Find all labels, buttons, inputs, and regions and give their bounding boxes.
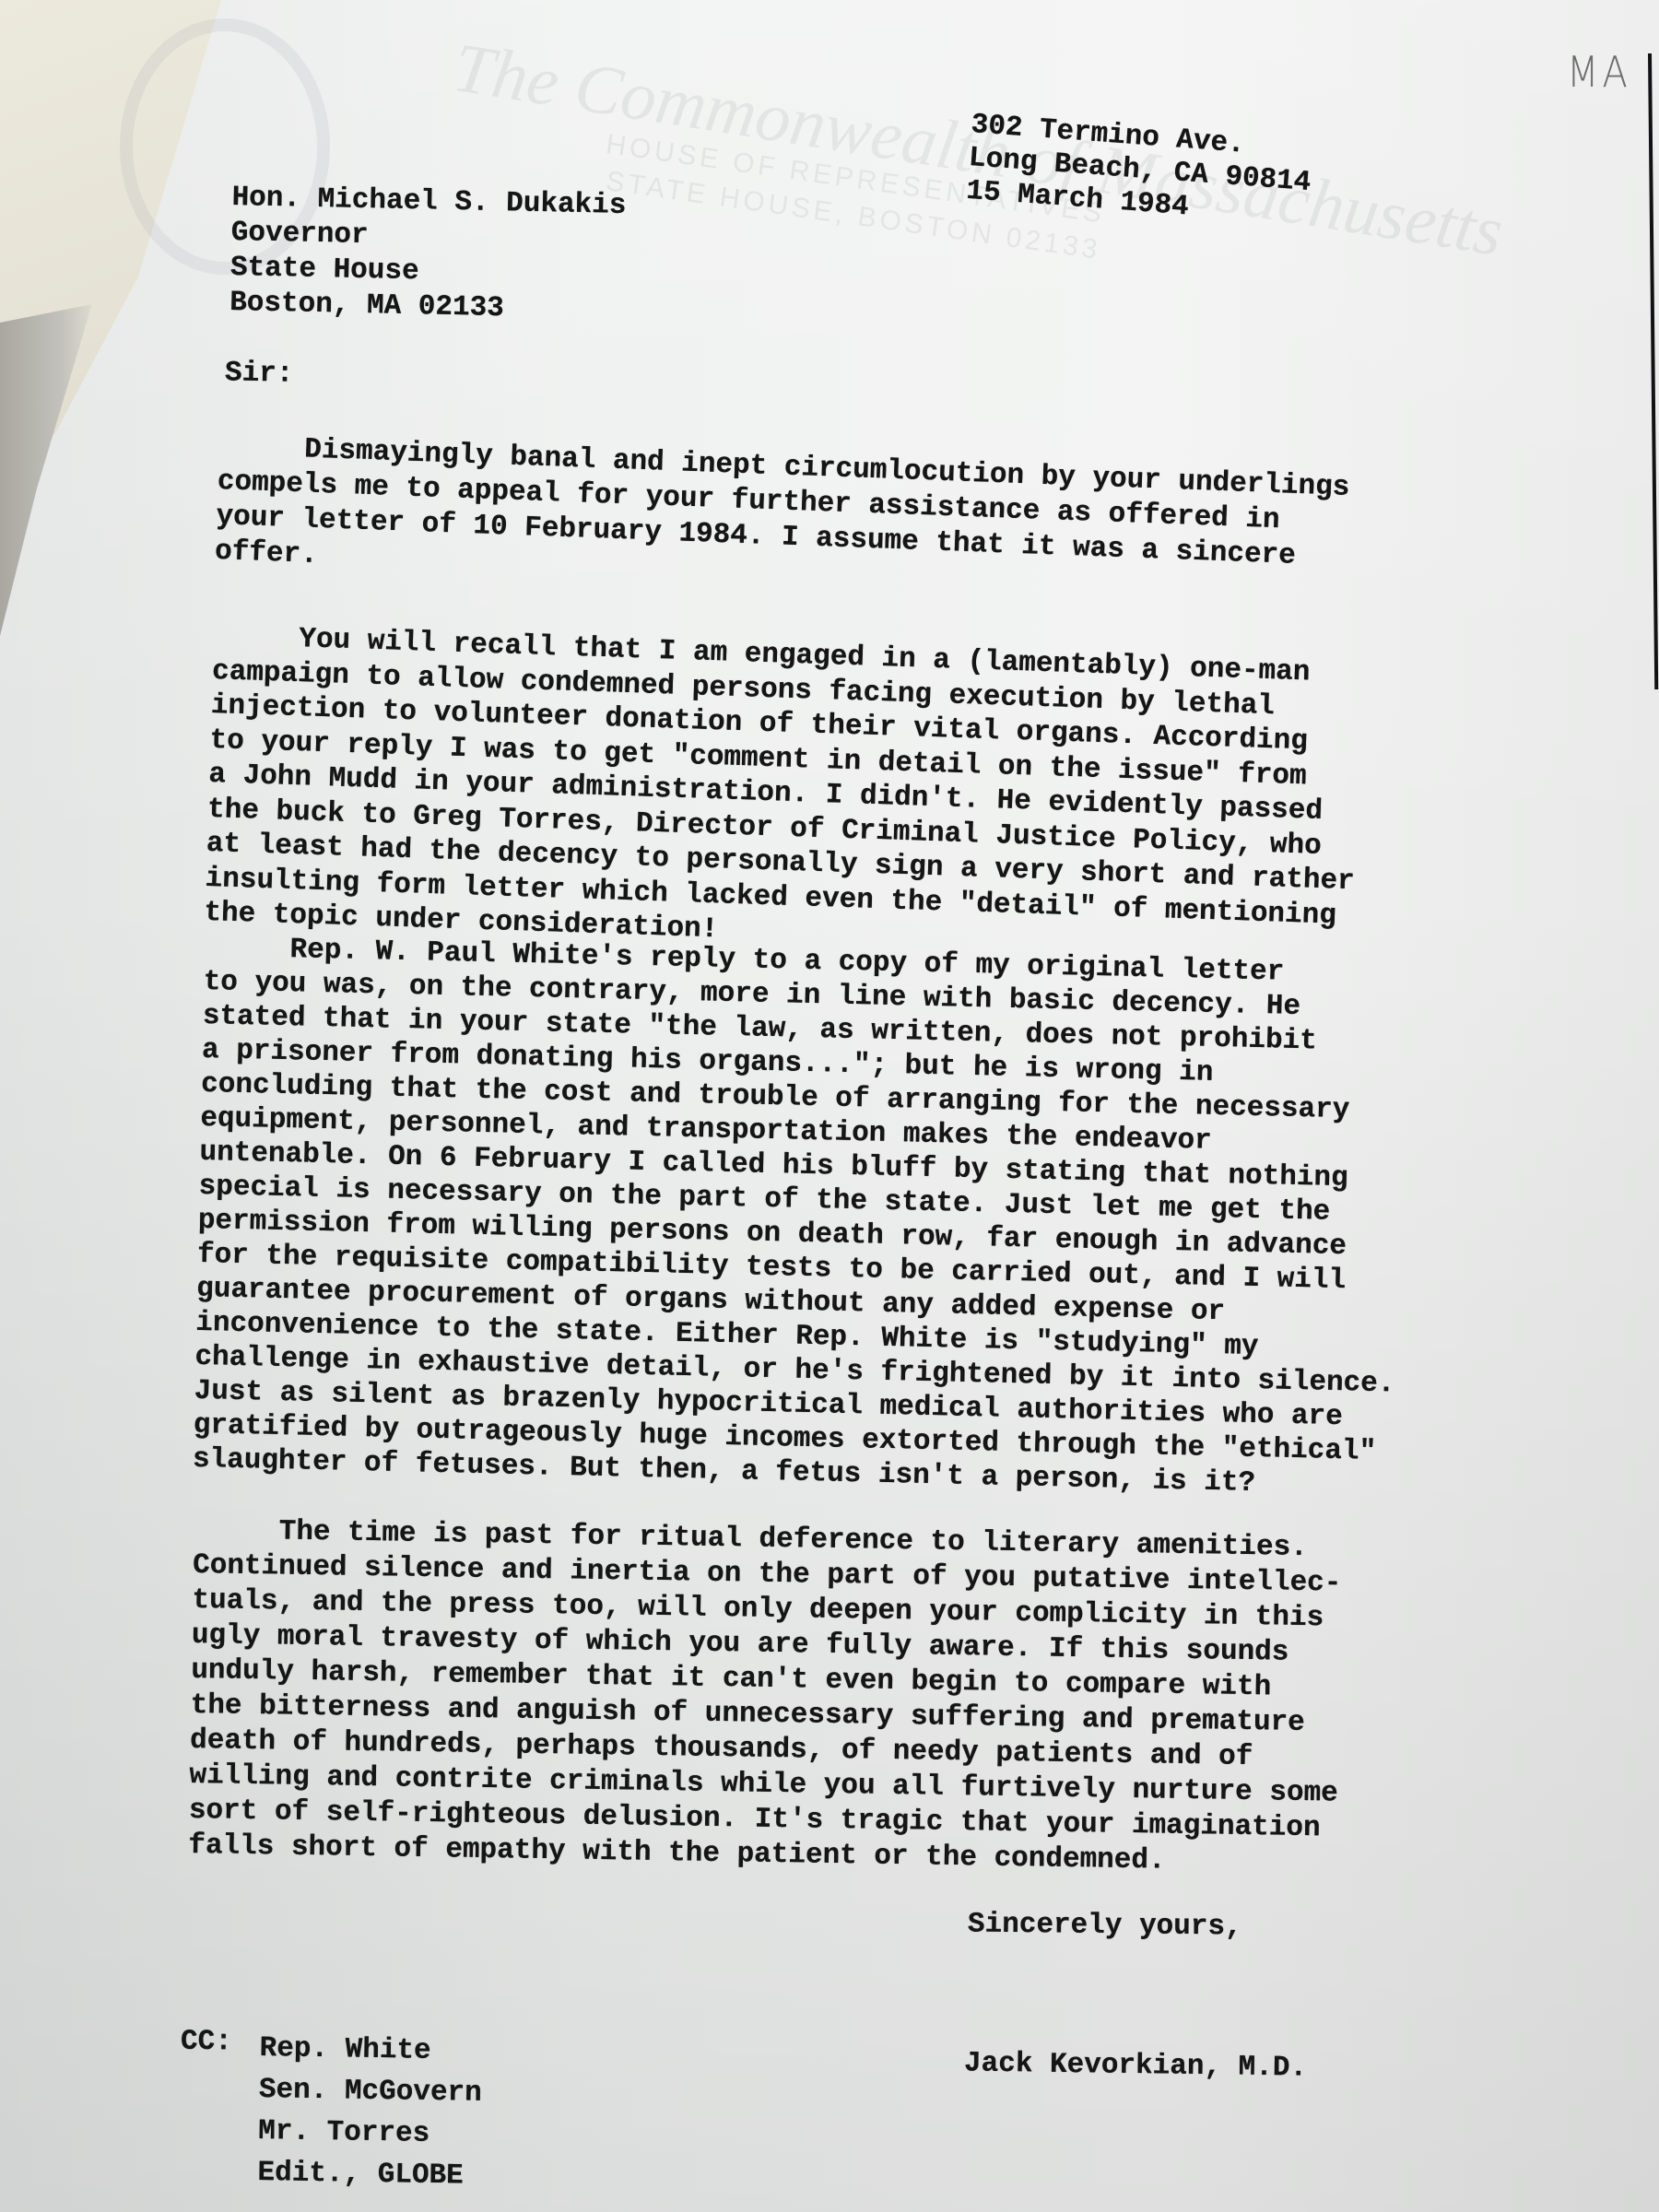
cc-label: CC: (181, 2028, 232, 2057)
recipient-address: Hon. Michael S. DukakisGovernorState Hou… (229, 181, 627, 329)
cc-recipient: Rep. White (259, 2028, 483, 2073)
paragraph-4: The time is past for ritual deference to… (188, 1513, 1342, 1882)
cc-recipients: Rep. WhiteSen. McGovernMr. TorresEdit., … (257, 2028, 483, 2197)
cc-recipient: Sen. McGovern (259, 2069, 483, 2114)
cc-recipient: Edit., GLOBE (257, 2152, 481, 2197)
signature: Jack Kevorkian, M.D. (964, 2049, 1307, 2082)
paragraph-2: You will recall that I am engaged in a (… (204, 619, 1362, 969)
paragraph-3: Rep. W. Paul White's reply to a copy of … (193, 931, 1405, 1503)
cc-recipient: Mr. Torres (258, 2111, 482, 2156)
handwritten-state-mark: MA (1567, 49, 1631, 98)
closing: Sincerely yours, (968, 1910, 1242, 1941)
salutation: Sir: (225, 359, 294, 388)
